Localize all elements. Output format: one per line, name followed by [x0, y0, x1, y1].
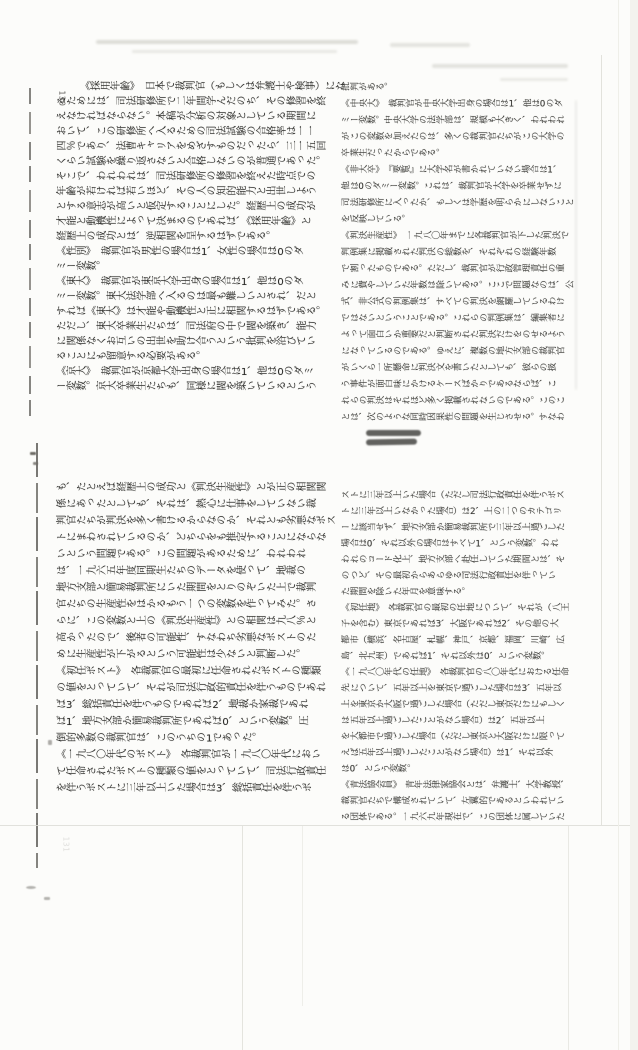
text-column: トにまわされているのか、どちらをも推定することにならな [56, 531, 338, 548]
text-column: とは、次のような同時因果性の問題を生じさせる。すなわ [341, 410, 571, 427]
text-column: 経歴上の成功とは、逆相関を呈するはずである。 [56, 230, 338, 245]
text-column: に関係なくお互いの出世を助け合うという批判を浴びてい [56, 335, 338, 350]
text-column: になっているのである。ゆえに、複数の地方支部の裁判官 [341, 344, 571, 361]
scan-crease-line [0, 825, 638, 826]
text-column: 《判決生産性》 一九八〇年までに各裁判官が下した判決で [341, 229, 571, 246]
text-column: る団体である。一九六九年現在で、この団体に属していた [341, 810, 573, 826]
text-column: 上を東京か大阪で過ごした場合（ただし東京だけにもしく [341, 697, 573, 713]
text-column: そこで、われわれは、司法研修所の修習を終えた時点での [56, 170, 338, 185]
text-column: いという問題である。この問題があるために、われわれ [56, 548, 338, 565]
ghost-text-line [432, 64, 568, 68]
text-column: 批判がある。 [341, 80, 571, 97]
ghost-text-line [132, 50, 337, 53]
text-column: 《中央大》 裁判官が中央大学出身の場合は1、他は0のダ [341, 97, 571, 114]
text-column: 《一九八〇年代のポスト》 各裁判官が一九八〇年代におい [56, 748, 338, 765]
text-column: ミー変数。 [56, 260, 338, 275]
text-column: て任命されたポストの種類の値をとっていて、司法行政責任 [56, 765, 338, 782]
scan-speck [48, 740, 52, 745]
text-column: た期間を除いた年月を意味する。 [341, 585, 573, 601]
vertical-text: ストに三年以上いた場合（ただし司法行政責任を伴うポストに三年以上いなかった場合）… [341, 488, 573, 826]
text-column: は0、という変数。 [341, 762, 573, 778]
text-column: めに生産性が下がるという可能性は少ないと判断した。 [56, 648, 338, 665]
text-column: 年齢が若ければ若いほど、その人の知的能力と出世しよう [56, 185, 338, 200]
upper-page-right-text-block: 批判がある。《中央大》 裁判官が中央大学出身の場合は1、他は0のダミー変数。中央… [341, 80, 571, 427]
text-column: すれば《東大》は才能や動機性と正に相関するはずである。 [56, 305, 338, 320]
page-number-131: 131 [61, 837, 70, 853]
text-column: 《京大》 裁判官が京都大学出身の場合は1、他は0のダミ [56, 365, 338, 380]
text-column: 《青法協会員》 青年法律家協会とは、弁護士、大学教授、 [341, 778, 573, 794]
text-column: くらい試験を繰り返さないと合格しないのが普通であった。 [56, 155, 338, 170]
text-column: 高かったので、後者の可能性、すなわち劣悪なポストのた [56, 631, 338, 648]
scan-speck [44, 897, 50, 900]
lower-page-left-text-block: も、たとえば経歴上の成功と《判決生産性》とが正の相関関係にあったとしても、それは… [56, 481, 338, 799]
text-column: とする意志が高いと仮定することにした。経歴上の成功が [56, 200, 338, 215]
text-column: るためには、司法研修所で二年間学んだのち、その修習を終 [56, 95, 338, 110]
text-column: 都市（横浜、名古屋、札幌、神戸、京都、福岡、川崎、広 [341, 633, 573, 649]
text-column: 他は0のダミー変数。これは、裁判官が大学を卒業せずに [341, 179, 571, 196]
text-column: 先について、五年以上を東京で過ごした場合は3、五年以 [341, 681, 573, 697]
text-column: 才能と動機性によって決まるのであれば、《採用年齢》と [56, 215, 338, 230]
text-column: 場合は0、それ以外の場合はすべて1、という変数。われ [341, 536, 573, 552]
lower-page-right-text-block: ストに三年以上いた場合（ただし司法行政責任を伴うポストに三年以上いなかった場合）… [341, 488, 573, 826]
text-column: われのコード化上、地方支部へ赴任していた期間とは、そ [341, 552, 573, 568]
scanner-margin [630, 0, 638, 1050]
scan-crease-line [242, 826, 243, 1050]
text-column: おいて、この研修所へ入るための司法試験の合格率は一一 [56, 125, 338, 140]
text-column: 《初任ポスト》 各裁判官の最初に任命されたポストの種類 [56, 665, 338, 682]
text-column: みに費やしていた年数は除いてある。ここで問題なのは、公 [341, 278, 571, 295]
text-column: 島、北九州）であれば1、それ以外は0、という変数。 [341, 649, 573, 665]
text-column: を大都市で過ごした場合（ただし東京と大阪だけに限って [341, 729, 573, 745]
text-column: の値をとっていて、それが司法行政的責任を伴うものであれ [56, 681, 338, 698]
text-column: 卒業生だったからである。 [341, 146, 571, 163]
text-column: 倒的多数の裁判官は、このうちの1であった。 [56, 732, 338, 749]
text-column: を反映している。 [341, 212, 571, 229]
text-column: 式、非公式の判例集は、すべての判決を網羅しているわけ [341, 295, 571, 312]
text-column: ミー変数。中央大学の法学部は、規模も大きく、われわれ [341, 113, 571, 130]
binding-shadow-streak [29, 88, 31, 422]
page-curl-shadow [618, 0, 619, 1050]
text-column: を伴うポストに三年以上いた場合は3、総括責任を伴うポ [56, 782, 338, 799]
ink-smudge [366, 439, 417, 446]
ink-smudge [366, 430, 421, 436]
scan-speck [33, 462, 38, 465]
text-column: 判官たちが判決を多く書けるからなのか、それとも劣悪なポス [56, 514, 338, 531]
text-column: は、一九六五年度同期生たちのデータを使って、地裁の [56, 565, 338, 582]
text-column: ーに該当せず、地方支部か簡易裁判所で三年以上過ごした [341, 520, 573, 536]
text-column: う事件が面白味にかけるケースばかりであるならば、こ [341, 377, 571, 394]
text-column: 係にあったとしても、それは、熱心に仕事をしていない裁 [56, 498, 338, 515]
text-column: も、たとえば経歴上の成功と《判決生産性》とが正の相関関 [56, 481, 338, 498]
text-column: らに、この変数と上の《判決生産性》との相関は九八％と [56, 615, 338, 632]
text-column: がいくら一所懸命に判決文を書いたとしても、彼らの扱 [341, 361, 571, 378]
text-column: ー変数。京大卒業生たちも、同様に閥を築いているという [56, 380, 338, 395]
text-column: 《性別》 裁判官が男性の場合は1、女性の場合は0のダ [56, 245, 338, 260]
text-column: ば3、総括責任を伴うものであれば2、地裁か家裁であれ [56, 698, 338, 715]
ghost-text-line [96, 40, 358, 44]
text-column: 子を含む）東京であれば3、大阪であれば2、その他の大 [341, 617, 573, 633]
text-column: ば1、地方支部か簡易裁判所であれば0、という変数。圧 [56, 715, 338, 732]
text-column: 官たちの生産性をはかるもう一つの変数を作ってみた。さ [56, 598, 338, 615]
scan-crease-line [568, 826, 569, 1050]
vertical-text: も、たとえば経歴上の成功と《判決生産性》とが正の相関関係にあったとしても、それは… [56, 481, 338, 799]
text-column: ただし、東大卒業生たちは、司法府の中で閥を築き、能力 [56, 320, 338, 335]
text-column: よって面白いか重要だと判断された判決だけをのせるよう [341, 328, 571, 345]
text-column: 裁判官たちで構成されていて、左翼的であるといわれてい [341, 794, 573, 810]
text-column: 判例集に掲載された判決の総数を、それぞれの経験年数 [341, 245, 571, 262]
page-edge-shadow [601, 55, 602, 825]
text-column: 地方支部と簡易裁判所にいた期間をとりのぞいた上で裁判 [56, 581, 338, 598]
text-column: は五年以上過ごしたことがない場合）は2、五年以上 [341, 713, 573, 729]
text-column: がこの変数を加えたのは、多くの裁判官たちがこの大学の [341, 130, 571, 147]
binding-shadow-streak [36, 443, 38, 868]
text-column: のつど、その最初からあらゆる司法行政責任を伴ってい [341, 568, 573, 584]
text-column: えば五年以上過ごしたことがない場合）は1、それ以外 [341, 746, 573, 762]
scan-crease-line [302, 826, 303, 1006]
text-column: 司法研修所に入ったか、もしくは学歴を明らかにしないこと [341, 196, 571, 213]
text-column: 《初任地》 各裁判官の最初の任地について、それが（八王 [341, 601, 573, 617]
text-column: 《採用年齢》 日本で裁判官（もしくは弁護士や検事）にな [56, 80, 338, 95]
ghost-streak [575, 100, 577, 390]
text-column: ではないということである。これらの判例集は、編集者に [341, 311, 571, 328]
scan-speck [30, 452, 36, 455]
scanned-book-page: 130 《採用年齢》 日本で裁判官（もしくは弁護士や検事）になるためには、司法研… [0, 0, 638, 1050]
text-column: で割ったものである。ただし、裁判官が行政管理責任の重 [341, 262, 571, 279]
vertical-text: 批判がある。《中央大》 裁判官が中央大学出身の場合は1、他は0のダミー変数。中央… [341, 80, 571, 427]
text-column: れらの判決はそれほど多く掲載されないのである。このこ [341, 394, 571, 411]
scan-speck [26, 886, 36, 889]
text-column: 《一九八〇年代の任地》 各裁判官の八〇年代における任命 [341, 665, 573, 681]
text-column: 《東大》 裁判官が東京大学出身の場合は1、他は0のダ [56, 275, 338, 290]
text-column: ストに三年以上いた場合（ただし司法行政責任を伴うポス [341, 488, 573, 504]
text-column: ミー変数。東大法学部へ入るのは最も難しいとされ、だと [56, 290, 338, 305]
vertical-text: 《採用年齢》 日本で裁判官（もしくは弁護士や検事）になるためには、司法研修所で二… [56, 80, 338, 395]
text-column: えなければならない。本稿が分析の対象としている期間に [56, 110, 338, 125]
text-column: 《非大卒》 『要覧』に大学名が書かれていない場合は1、 [341, 163, 571, 180]
text-column: ることにも留意する必要がある。 [56, 350, 338, 365]
text-column: トに三年以上いなかった場合）は2、上の二つのカテゴリ [341, 504, 573, 520]
ghost-text-line [390, 43, 470, 47]
text-column: 四％であり、法曹キャリアをめざすものだったら、三一五回 [56, 140, 338, 155]
upper-page-left-text-block: 《採用年齢》 日本で裁判官（もしくは弁護士や検事）になるためには、司法研修所で二… [56, 80, 338, 395]
